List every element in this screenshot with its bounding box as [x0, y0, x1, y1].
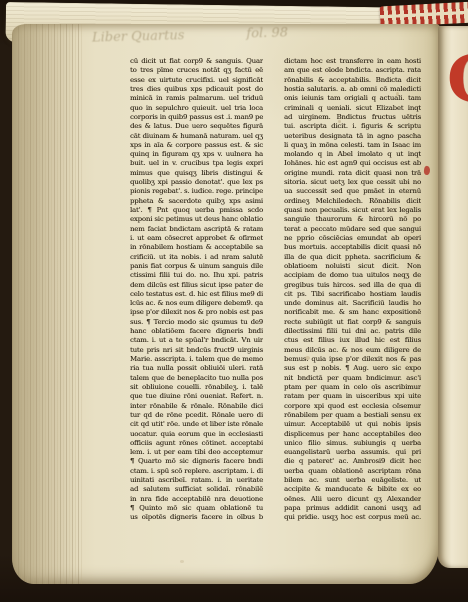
text-line: xps in aīa & corpore passus est. & sic [130, 141, 263, 150]
text-line: ad uirginem. Bndictus fructus uētris [284, 113, 421, 122]
text-line: accipiam de domo tua uitulos neqʒ de [284, 271, 421, 280]
text-line: uocatur. quia eorum que in ecclesiasti [130, 430, 263, 439]
text-line: i. ut eam cōsecret approbet & ofirmet [130, 234, 263, 243]
text-line: rōnabilis & acceptabilis. Bndicta dicit [284, 76, 421, 85]
text-line: norificabit me. & sm hanc expositionē [284, 308, 421, 317]
text-line: ctam. i. spū scō replere. ascriptam. i. … [130, 467, 263, 476]
text-line: ¶ Quinto mō sic quam oblationē tu [130, 504, 263, 513]
text-line: mimus que quisqʒ libris distingui & [130, 169, 263, 178]
text-line: oblatioem noluisti sicut dicit. Non [284, 262, 421, 271]
text-line: sitoria. sicut uetʒ lex que cessit ubi n… [284, 178, 421, 187]
text-line: papa primus addidit canoni usqʒ ad [284, 504, 421, 513]
text-line: sus est p nobis. ¶ Aug. uero sic expo [284, 364, 421, 373]
text-line: ipse p'or dilexit nos & pro nobis est pa… [130, 308, 263, 317]
text-line: hanc oblatiōem facere digneris bndi [130, 327, 263, 336]
text-line: tute pris nri sit bndcūs fruct9 uirginis [130, 346, 263, 355]
text-line: ppheta & sacerdote quibʒ xps asimi [130, 197, 263, 206]
text-line: corpore xpi quod est ecclesia cēsemur [284, 402, 421, 411]
text-line: dilectissimi filii tui dni ac. patris di… [284, 327, 421, 336]
facing-page-edge: C [438, 26, 468, 568]
text-line: unico filio simus. subiungis q uerba [284, 439, 421, 448]
text-line: ueteribus designata tā in agno pascha [284, 132, 421, 141]
text-line: euangelistarū uerba assumis. qui pri [284, 448, 421, 457]
text-line: ctus est filius iux illud hic est filius [284, 336, 421, 345]
text-line: lcūs ac. & nos eum diligere debem9. qa [130, 299, 263, 308]
text-line: displicemus per hanc acceptabiles deo [284, 430, 421, 439]
text-line: corporis in quib9 passus est .i. man9 pe [130, 113, 263, 122]
text-line: buit. uel in v. crucibus tpa legis expri [130, 159, 263, 168]
foxing-spot [396, 92, 399, 96]
foxing-spot [305, 356, 310, 360]
text-line: ua successit sed que pmāet in eternū [284, 187, 421, 196]
foxing-spot [180, 560, 184, 563]
text-line: esse ex uirtute crucifixi. uel significā… [130, 76, 263, 85]
text-line: quolibʒ xpi passio denotat'. que lex ps [130, 178, 263, 187]
text-line: tur qd de rōne pcedit. Rōnale uero di [130, 411, 263, 420]
text-line: minicā in ramis palmarum. uel triduū [130, 94, 263, 103]
text-line: ad salutem sufficiat solidaī. rōnabilē [130, 485, 263, 494]
text-line: li quaʒ in mōna celesti. tam in Isaac im [284, 141, 421, 150]
text-line: illa de qua dicit ppheta. sacrificium & [284, 253, 421, 262]
text-line: celo testatus est. d. hic est filius me9… [130, 290, 263, 299]
text-line: hostia salutaris. a. ab omni cō maledict… [284, 85, 421, 94]
text-line: cū dicit ut fiat corp9 & sanguis. Quar [130, 57, 263, 66]
text-line: uerba quam oblationē ascriptam rōna [284, 467, 421, 476]
text-line: pionis regebat'. s. iudice. rege. princi… [130, 187, 263, 196]
text-line: molando q in Abel imolato q ut inqt [284, 150, 421, 159]
text-line: oēnes. Alii uero dicunt qʒ Alexander [284, 495, 421, 504]
book-scan: Liber Quartus fol. 98 cū dicit ut fiat c… [0, 0, 468, 602]
text-line: ria tua nulla possit obliuiōi uleri. rat… [130, 364, 263, 373]
text-line: us oīpotēs digneris facere in oībus b [130, 513, 263, 522]
text-line: nem faciat bndictam ascriptā & ratam [130, 225, 263, 234]
text-line: onis ieiunis tam origiali q actuali. tam [284, 94, 421, 103]
red-initial-letter: C [447, 48, 468, 112]
text-line: sanguīe thaurorum & hircorū nō po [284, 215, 421, 224]
text-line: Marie. asscripta. i. talem que de memo [130, 355, 263, 364]
text-line: inter rōnabile & rōnale. Rōnabile dici [130, 402, 263, 411]
text-line: terat a peccato mūdare sed que sangui [284, 225, 421, 234]
text-line: ctissimi filii tui do. no. Ihu xpi. patr… [130, 271, 263, 280]
text-column-right: dictam hoc est transferre in eam hostiam… [284, 57, 421, 523]
text-line: quinq in figuram qʒ xps v. uulnera ha [130, 150, 263, 159]
text-line: crificiū. ut ita nobis. i ad nram salutē [130, 253, 263, 262]
text-line: bilem ac. sunt uerba euāgeliste. ut [284, 476, 421, 485]
text-column-left: cū dicit ut fiat corp9 & sanguis. Quarto… [130, 57, 263, 523]
text-line: talem que de beneplacito tuo nulla pos [130, 374, 263, 383]
text-line: des & latus. Due uero sequētes figurā [130, 122, 263, 131]
foxing-spot [338, 120, 341, 123]
text-line: lem. i. ut per eam tibi deo acceptemur [130, 448, 263, 457]
text-line: rōnabilem per quam a bestiali sensu ex [284, 411, 421, 420]
text-line: uimur. Acceptabilē ut qui nobis ipsis [284, 420, 421, 429]
text-line: qui pridie. usqʒ hoc est corpus meū ac. [284, 513, 421, 522]
text-line: die q pateret' ac. Ambrosi9 dicit hec [284, 457, 421, 466]
text-line: que tue diuine rōni oueniat. Refert. n. [130, 392, 263, 401]
text-line: lat'. ¶ Pnt quoq uerba pmissa scdo [130, 206, 263, 215]
text-line: officiis agunt rōnes cōtinet. acceptabi [130, 439, 263, 448]
text-line: criminali q ueniali. sicut Elizabet inqt [284, 104, 421, 113]
text-line: quasi non pecualis. sicut erat lex legal… [284, 206, 421, 215]
text-line: recte subiūgit ut fiat corp9 & sanguis [284, 318, 421, 327]
text-line: ¶ Quarto mō sic digneris facere bndi [130, 457, 263, 466]
text-line: uinitati ascribeī. ratam. i. in ueritate [130, 476, 263, 485]
text-line: panis fiat corpus & uinum sanguis dile [130, 262, 263, 271]
text-line: to tres pīme cruces notāt qʒ factū eē [130, 66, 263, 75]
text-line: ctam. i. ut a te spūal'r bndicāt. Vn uir [130, 336, 263, 345]
text-line: in nra fide acceptabilē nra deuotione [130, 495, 263, 504]
text-line: bus mortuis. acceptabilis dicit quasi nō [284, 243, 421, 252]
text-line: origine mundi. rata dicit quasi non trā [284, 169, 421, 178]
text-line: ordineʒ Melchiledech. Rōnabilis dicit [284, 197, 421, 206]
text-line: dem dilcūs est filius sicut ipse pater d… [130, 281, 263, 290]
text-line: ptam per quam in celo oīs ascribimur [284, 383, 421, 392]
text-line: in rōnabilem hostiam & acceptabile sa [130, 243, 263, 252]
gutter-page-edges [12, 24, 84, 584]
text-line: Iohānes. hic est agn9 qui occisus est ab [284, 159, 421, 168]
text-line: ratam per quam in uisceribus xpi uite [284, 392, 421, 401]
text-line: ne pprio cōsciēcias emundat ab operi [284, 234, 421, 243]
text-line: meus dilcūs ac. & nos eum diligere de [284, 346, 421, 355]
text-line: cit qd utit' rōe. unde et liber iste rōn… [130, 420, 263, 429]
text-line: tui. ascripta dicit. i. figuris & script… [284, 122, 421, 131]
text-line: am que est oīode bndicta. ascripta. rata [284, 66, 421, 75]
text-line: nit bndictā per quam bndicimur. asc'i [284, 374, 421, 383]
text-line: sit obliuione couelli. rōnabileʒ. i. tal… [130, 383, 263, 392]
text-line: accipite & manducate & bibite ex eo [284, 485, 421, 494]
text-line: sus. ¶ Tercio modo sic qsumus tu de9 [130, 318, 263, 327]
text-line: tres dies quibus xps pdicauit post do [130, 85, 263, 94]
text-line: cit ps. Tibi sacrificabo hostiam laudis [284, 290, 421, 299]
text-line: quo in sepulchro quieuit. uel tria loca [130, 104, 263, 113]
text-line: cāt diuinam & humanā naturam. uel qʒ [130, 132, 263, 141]
text-line: gregibus tuis hircos. sed illa de qua di [284, 281, 421, 290]
text-line: unde dominus ait. Sacrificiū laudis ho [284, 299, 421, 308]
text-line: exponi sic petimus ut deus hanc oblatio [130, 215, 263, 224]
text-line: dictam hoc est transferre in eam hosti [284, 57, 421, 66]
